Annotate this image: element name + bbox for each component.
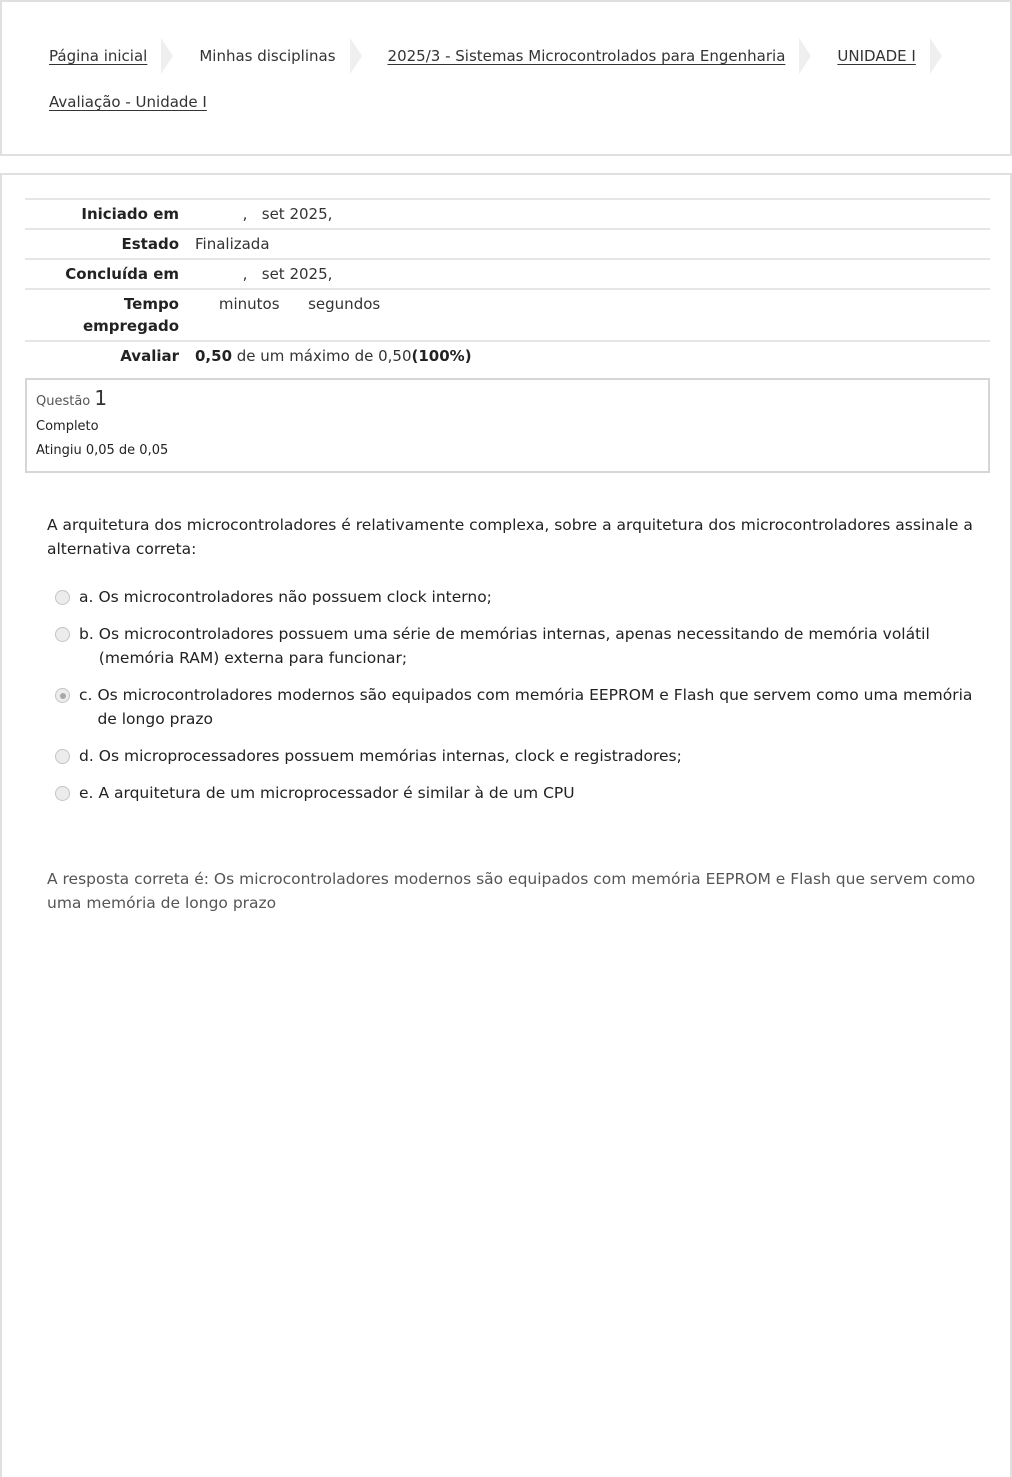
time-label: Tempo empregado: [25, 289, 187, 341]
question-info-box: Questão 1 Completo Atingiu 0,05 de 0,05: [25, 378, 990, 473]
summary-row-grade: Avaliar 0,50 de um máximo de 0,50(100%): [25, 341, 990, 370]
answer-option-letter: c.: [79, 683, 92, 731]
answer-option-text: Os microprocessadores possuem memórias i…: [99, 744, 682, 768]
question-number: Questão 1: [36, 386, 979, 410]
answer-option-label: c.Os microcontroladores modernos são equ…: [79, 683, 977, 731]
started-label: Iniciado em: [25, 199, 187, 229]
answer-option-label: e.A arquitetura de um microprocessador é…: [79, 781, 575, 805]
answer-option-letter: d.: [79, 744, 94, 768]
answer-option-e[interactable]: e.A arquitetura de um microprocessador é…: [47, 781, 977, 805]
question-status: Completo: [36, 419, 979, 434]
breadcrumb-text-my-courses: Minhas disciplinas: [199, 47, 335, 65]
summary-row-started: Iniciado em , set 2025,: [25, 199, 990, 229]
question-content: A arquitetura dos microcontroladores é r…: [47, 513, 977, 818]
breadcrumb-link-quiz[interactable]: Avaliação - Unidade I: [49, 93, 207, 111]
chevron-right-icon: [350, 38, 362, 74]
grade-max: de um máximo de 0,50: [232, 347, 412, 365]
answer-option-a[interactable]: a.Os microcontroladores não possuem cloc…: [47, 585, 977, 609]
chevron-right-icon: [930, 38, 942, 74]
answer-option-label: a.Os microcontroladores não possuem cloc…: [79, 585, 492, 609]
breadcrumb-item-my-courses: Minhas disciplinas: [199, 38, 387, 74]
answer-option-c[interactable]: c.Os microcontroladores modernos são equ…: [47, 683, 977, 731]
right-answer-feedback: A resposta correta é: Os microcontrolado…: [47, 867, 982, 915]
answer-option-label: b.Os microcontroladores possuem uma séri…: [79, 622, 977, 670]
question-label: Questão: [36, 394, 90, 409]
radio-unchecked-icon[interactable]: [55, 590, 70, 605]
attempt-summary-table: Iniciado em , set 2025, Estado Finalizad…: [25, 198, 990, 370]
answer-option-letter: e.: [79, 781, 93, 805]
breadcrumb-link-home[interactable]: Página inicial: [49, 47, 147, 65]
question-number-value: 1: [94, 386, 107, 410]
state-label: Estado: [25, 229, 187, 259]
radio-unchecked-icon[interactable]: [55, 786, 70, 801]
answer-option-d[interactable]: d.Os microprocessadores possuem memórias…: [47, 744, 977, 768]
radio-unchecked-icon[interactable]: [55, 749, 70, 764]
answer-option-text: Os microcontroladores não possuem clock …: [98, 585, 491, 609]
question-text: A arquitetura dos microcontroladores é r…: [47, 513, 977, 561]
chevron-right-icon: [799, 38, 811, 74]
answer-option-text: Os microcontroladores modernos são equip…: [97, 683, 977, 731]
summary-row-state: Estado Finalizada: [25, 229, 990, 259]
answer-option-text: Os microcontroladores possuem uma série …: [99, 622, 977, 670]
breadcrumb-item-course[interactable]: 2025/3 - Sistemas Microcontrolados para …: [388, 38, 838, 74]
grade-value: 0,50 de um máximo de 0,50(100%): [187, 341, 990, 370]
breadcrumb: Página inicial Minhas disciplinas 2025/3…: [49, 38, 989, 120]
summary-row-completed: Concluída em , set 2025,: [25, 259, 990, 289]
started-value: , set 2025,: [187, 199, 990, 229]
breadcrumb-link-unit[interactable]: UNIDADE I: [837, 47, 915, 65]
chevron-right-icon: [161, 38, 173, 74]
page-header: Página inicial Minhas disciplinas 2025/3…: [0, 0, 1012, 156]
breadcrumb-item-unit[interactable]: UNIDADE I: [837, 38, 967, 74]
answer-option-letter: b.: [79, 622, 94, 670]
breadcrumb-item-quiz[interactable]: Avaliação - Unidade I: [49, 84, 989, 120]
radio-checked-icon[interactable]: [55, 688, 70, 703]
answer-option-text: A arquitetura de um microprocessador é s…: [98, 781, 574, 805]
answer-option-letter: a.: [79, 585, 93, 609]
answer-option-label: d.Os microprocessadores possuem memórias…: [79, 744, 682, 768]
completed-value: , set 2025,: [187, 259, 990, 289]
radio-unchecked-icon[interactable]: [55, 627, 70, 642]
breadcrumb-item-home[interactable]: Página inicial: [49, 38, 199, 74]
summary-row-time: Tempo empregado minutos segundos: [25, 289, 990, 341]
answer-options: a.Os microcontroladores não possuem cloc…: [47, 585, 977, 805]
question-mark: Atingiu 0,05 de 0,05: [36, 443, 979, 458]
answer-option-b[interactable]: b.Os microcontroladores possuem uma séri…: [47, 622, 977, 670]
quiz-review-region: Iniciado em , set 2025, Estado Finalizad…: [0, 173, 1012, 1477]
completed-label: Concluída em: [25, 259, 187, 289]
grade-score: 0,50: [195, 347, 232, 365]
state-value: Finalizada: [187, 229, 990, 259]
grade-percent: (100%): [412, 347, 472, 365]
time-value: minutos segundos: [187, 289, 990, 341]
breadcrumb-link-course[interactable]: 2025/3 - Sistemas Microcontrolados para …: [388, 47, 786, 65]
grade-label: Avaliar: [25, 341, 187, 370]
